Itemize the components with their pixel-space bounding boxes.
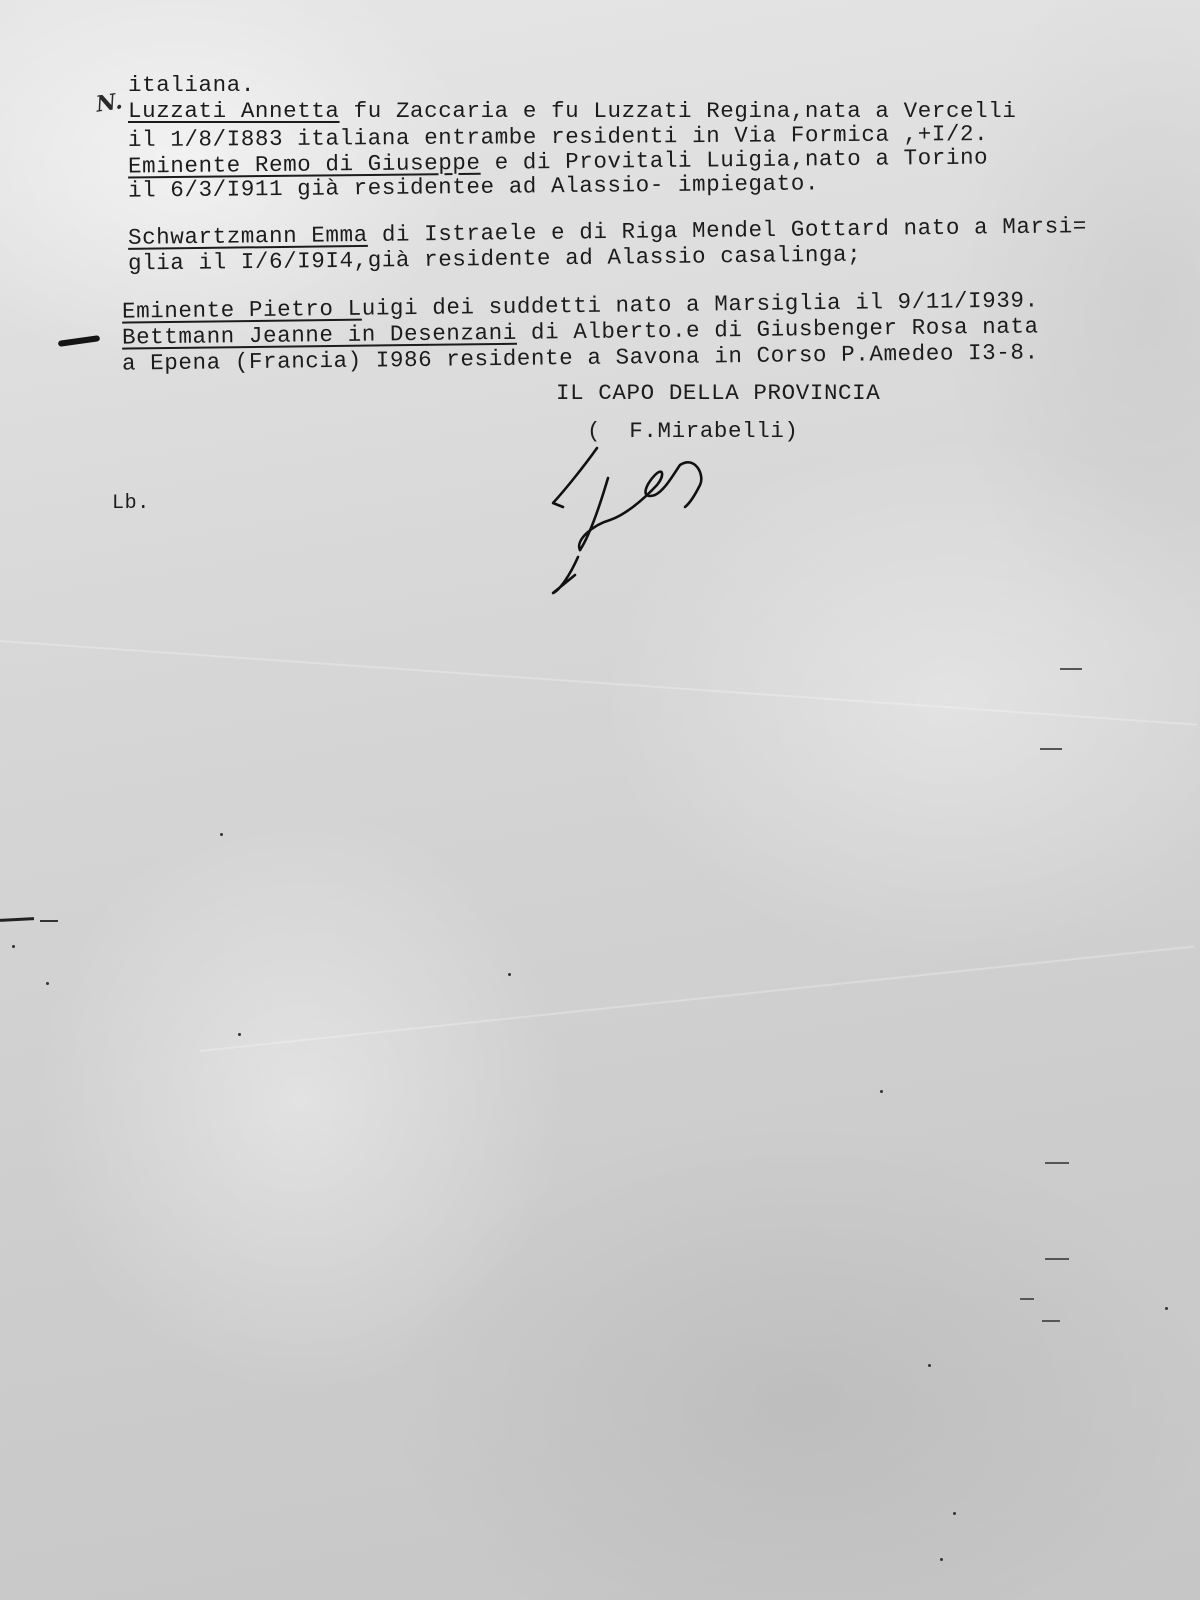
speck [1045,1162,1069,1164]
speck [1045,1258,1069,1260]
speck [12,945,15,948]
text-line: italiana. [128,74,255,97]
speck [1060,668,1082,670]
text-segment: italiana. [128,72,255,98]
margin-note: N. [94,88,124,117]
speck [1042,1320,1060,1322]
speck [953,1512,956,1515]
underlined-name: Eminente Pietro L [122,296,362,325]
speck [508,973,511,976]
underlined-name: Luzzati Annetta [128,98,340,124]
signature-title: IL CAPO DELLA PROVINCIA [556,382,880,405]
underlined-name: Schwartzmann Emma [128,222,368,251]
margin-scratch [40,920,58,922]
handwritten-signature [545,445,735,605]
speck [1040,748,1062,750]
signatory-name: ( F.Mirabelli) [587,420,799,443]
speck [46,982,49,985]
text-segment: fu Zaccaria e fu Luzzati Regina,nata a V… [340,98,1017,124]
typist-initials: Lb. [112,494,150,514]
speck [220,833,223,836]
speck [880,1090,883,1093]
speck [238,1033,241,1036]
speck [928,1364,931,1367]
text-line: Luzzati Annetta fu Zaccaria e fu Luzzati… [128,100,1016,123]
speck [1020,1298,1034,1300]
speck [1165,1307,1168,1310]
speck [940,1558,943,1561]
